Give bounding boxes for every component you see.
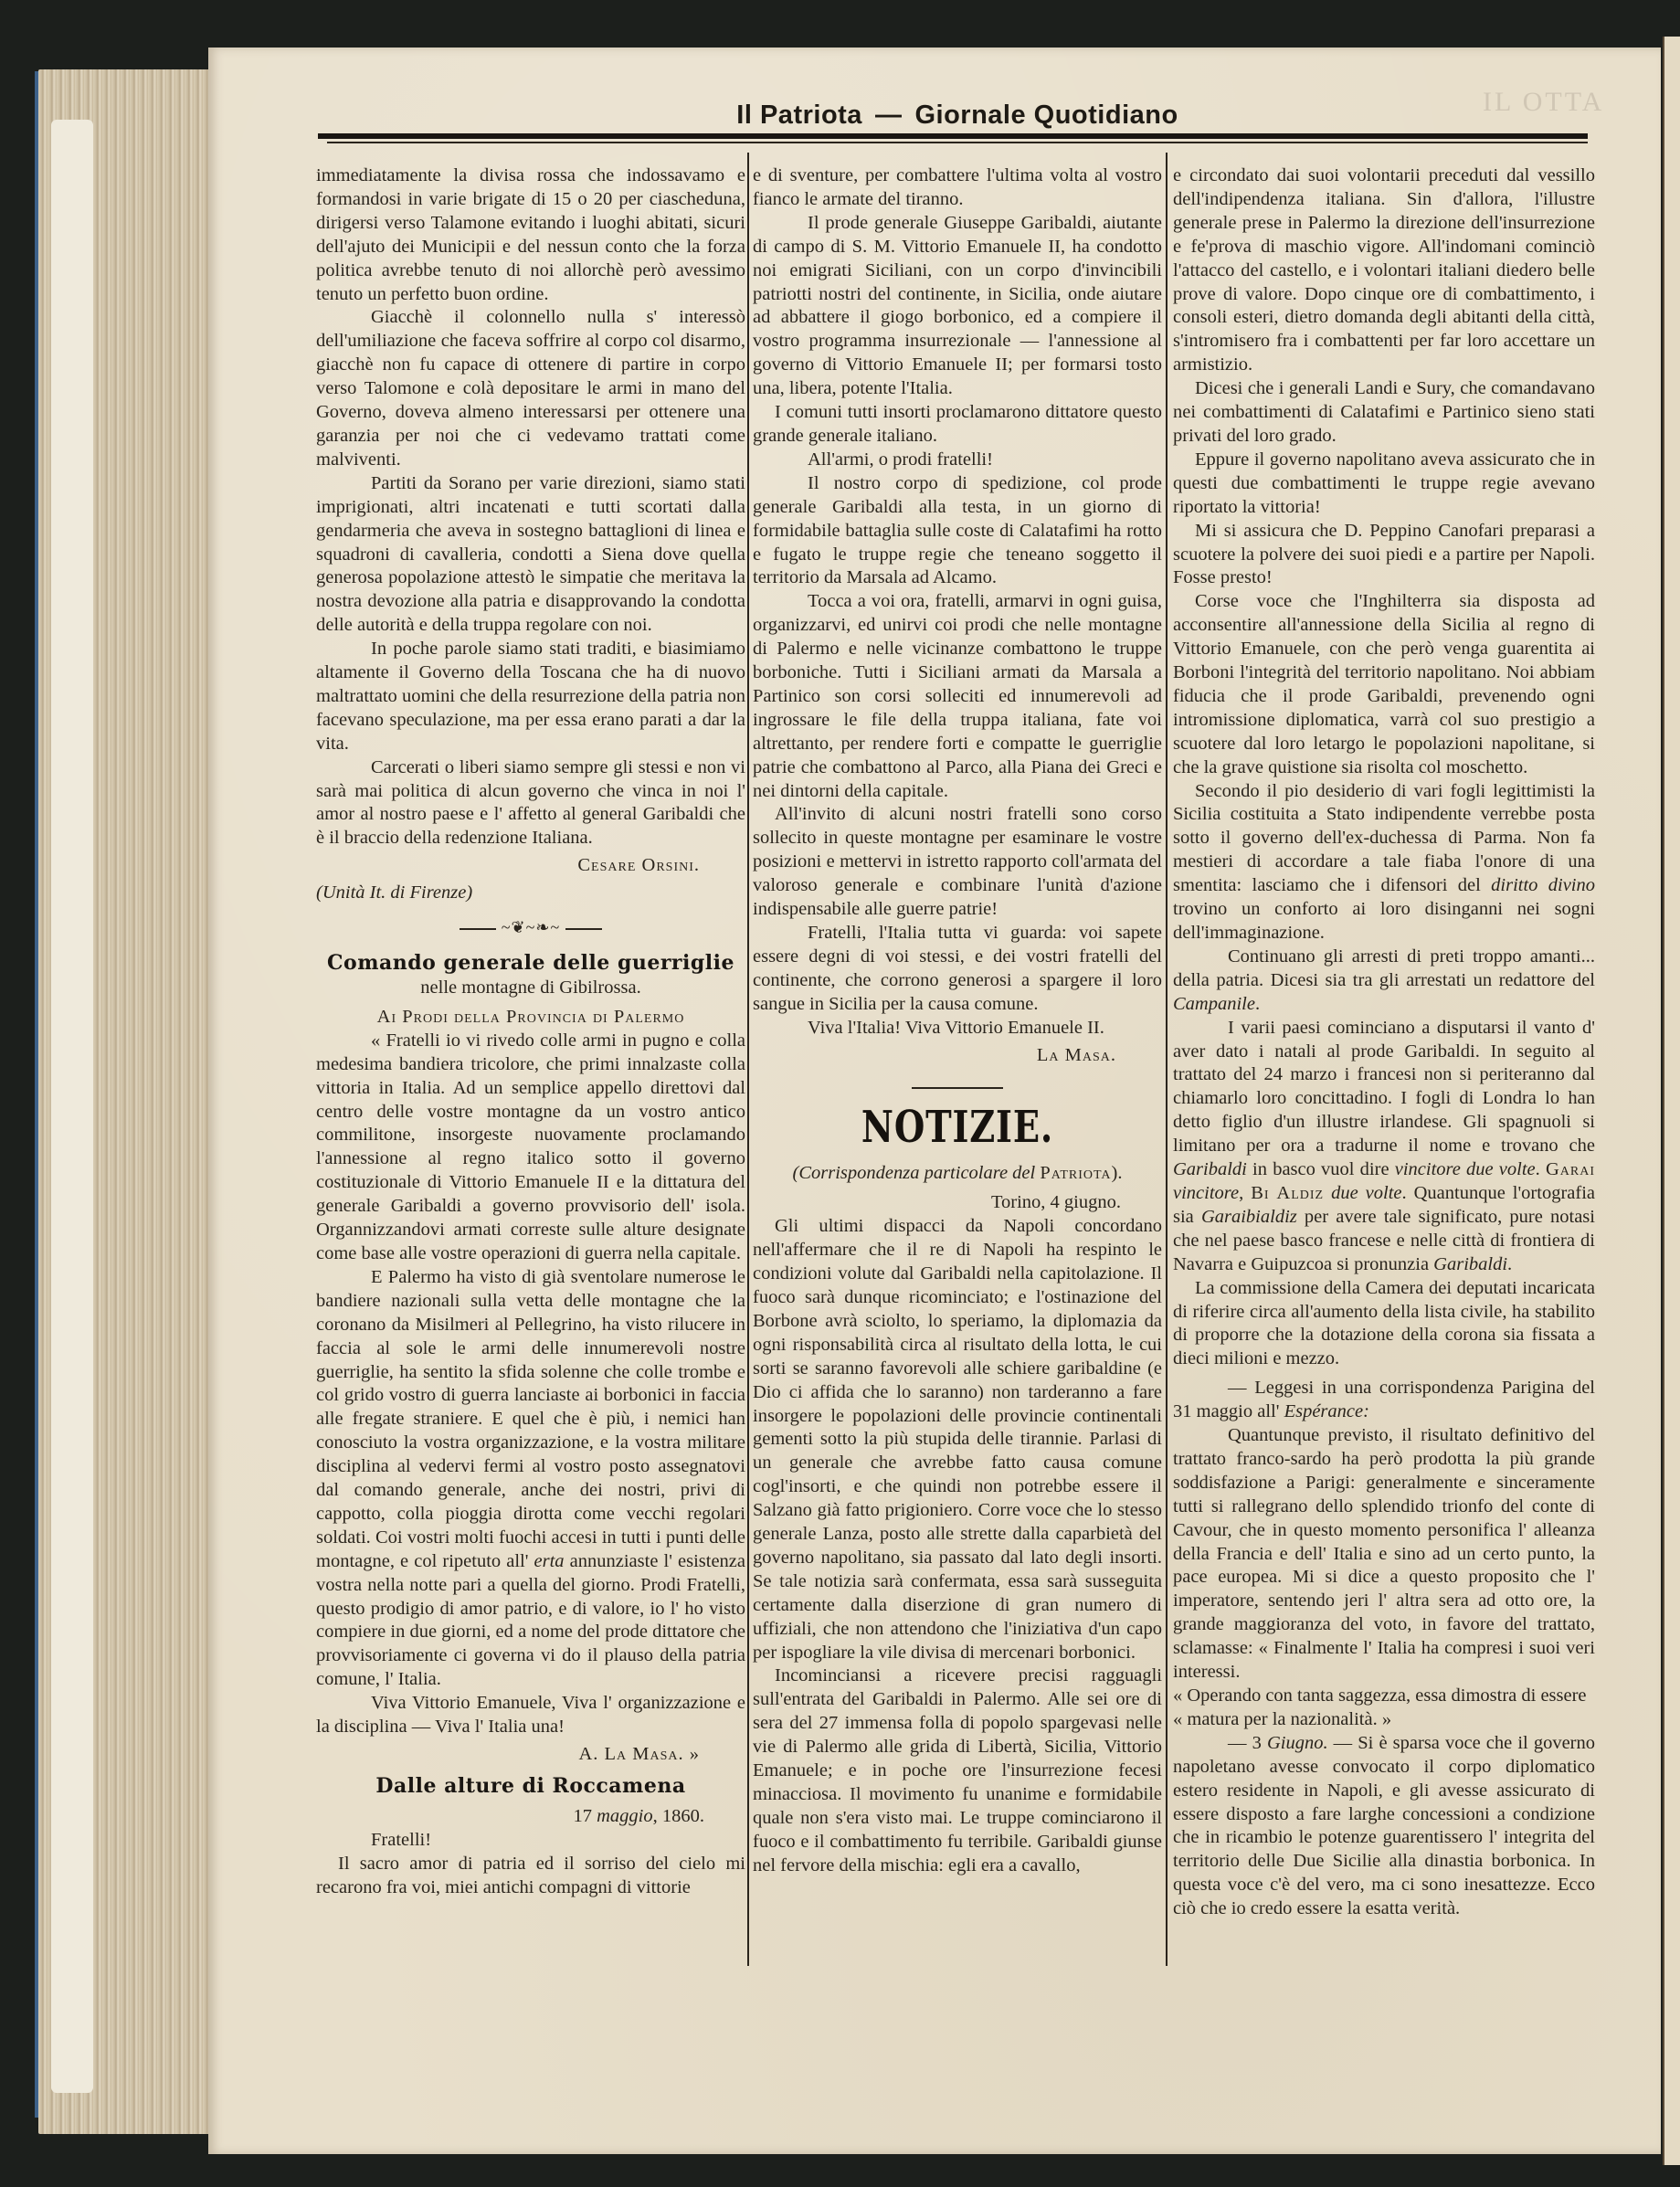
italic-run: Garaibialdiz [1201, 1207, 1297, 1227]
date-month: maggio [597, 1806, 653, 1826]
smallcaps-run: Garai [1546, 1159, 1595, 1179]
paragraph: — Leggesi in una corrispondenza Parigina… [1173, 1377, 1595, 1424]
column-divider [747, 153, 749, 1966]
headline-roccamena: Dalle alture di Roccamena [316, 1772, 745, 1800]
paragraph: Partiti da Sorano per varie direzioni, s… [316, 472, 745, 638]
smallcaps-run: Bi Aldiz [1251, 1183, 1324, 1203]
paragraph: — 3 Giugno. — Si è sparsa voce che il go… [1173, 1732, 1595, 1921]
source-citation: (Unità It. di Firenze) [316, 882, 745, 905]
ornament-divider: ~❦~❧~ [316, 916, 745, 940]
paragraph: Secondo il pio desiderio di vari fogli l… [1173, 780, 1595, 946]
paragraph: Eppure il governo napolitano aveva assic… [1173, 449, 1595, 520]
signature-cesare-orsini: Cesare Orsini. [316, 854, 745, 878]
paragraph: Viva Vittorio Emanuele, Viva l' organizz… [316, 1692, 745, 1739]
italic-run: Garibaldi [1173, 1159, 1247, 1179]
paragraph: Mi si assicura che D. Peppino Canofari p… [1173, 520, 1595, 591]
section-title-notizie: NOTIZIE. [794, 1100, 1121, 1155]
paragraph: Il sacro amor di patria ed il sorriso de… [316, 1853, 745, 1900]
italic-run: Campanile [1173, 994, 1255, 1014]
salutation: Fratelli! [316, 1829, 745, 1853]
newspaper-page: IL OTTA Il Patriota—Giornale Quotidiano … [208, 48, 1661, 2154]
column-2: e di sventure, per combattere l'ultima v… [753, 164, 1162, 1878]
signature-la-masa: A. La Masa. » [316, 1743, 745, 1767]
paragraph: Viva l'Italia! Viva Vittorio Emanuele II… [753, 1017, 1162, 1041]
dateline: 17 maggio, 1860. [316, 1805, 745, 1829]
paragraph: Quantunque previsto, il risultato defini… [1173, 1424, 1595, 1685]
ornament-glyph: ~❦~❧~ [502, 918, 560, 936]
paragraph: In poche parole siamo stati traditi, e b… [316, 638, 745, 756]
dateline: Torino, 4 giugno. [753, 1191, 1162, 1215]
italic-run: erta [534, 1551, 565, 1571]
date-year: , 1860. [653, 1806, 704, 1826]
text-run: . [1536, 1159, 1546, 1179]
text-run: I varii paesi cominciano a disputarsi il… [1173, 1018, 1595, 1157]
paragraph: All'invito di alcuni nostri fratelli son… [753, 803, 1162, 922]
masthead-subtitle: Giornale Quotidiano [914, 100, 1178, 130]
signature-la-masa: La Masa. [753, 1044, 1162, 1068]
paragraph: e circondato dai suoi volontarii precedu… [1173, 164, 1595, 377]
paragraph: Il nostro corpo di spedizione, col prode… [753, 472, 1162, 591]
paragraph: Tocca a voi ora, fratelli, armarvi in og… [753, 590, 1162, 803]
text-run: annunziaste l' esistenza vostra nella no… [316, 1551, 745, 1690]
italic-run: vincitore due volte [1395, 1159, 1536, 1179]
paragraph: Giacchè il colonnello nulla s' interessò… [316, 306, 745, 471]
italic-run: Espérance: [1284, 1401, 1369, 1421]
italic-run: Garibaldi [1433, 1254, 1507, 1274]
column-1: immediatamente la divisa rossa che indos… [316, 164, 745, 1900]
page-stack-edge [38, 69, 210, 2134]
paragraph: All'armi, o prodi fratelli! [753, 449, 1162, 472]
date-day: 17 [574, 1806, 597, 1826]
headline-subtitle: nelle montagne di Gibilrossa. [316, 977, 745, 1000]
masthead-title: Il Patriota [736, 100, 862, 130]
paragraph: Dicesi che i generali Landi e Sury, che … [1173, 377, 1595, 449]
paragraph: Continuano gli arresti di preti troppo a… [1173, 946, 1595, 1017]
ornament-bar [460, 928, 496, 930]
text-run: — 3 [1228, 1733, 1267, 1753]
text-run: — Leggesi in una corrispondenza Parigina… [1173, 1378, 1595, 1421]
headline-comando-generale: Comando generale delle guerriglie [316, 949, 745, 977]
quote-line: « matura per la nazionalità. » [1173, 1708, 1595, 1732]
text-run: . [1255, 994, 1260, 1014]
italic-run: due volte [1324, 1183, 1401, 1203]
byline-paper-name: Patriota [1040, 1163, 1111, 1183]
text-run: trovino un conforto ai loro disinganni n… [1173, 899, 1595, 943]
column-divider [1166, 153, 1168, 1966]
paragraph: Incominciansi a ricevere precisi ragguag… [753, 1664, 1162, 1877]
byline: (Corrispondenza particolare del Patriota… [753, 1162, 1162, 1186]
address-line: Ai Prodi della Provincia di Palermo [316, 1006, 745, 1030]
column-3: e circondato dai suoi volontarii precedu… [1173, 164, 1595, 1921]
byline-end: ). [1112, 1163, 1123, 1183]
paragraph: I comuni tutti insorti proclamarono ditt… [753, 401, 1162, 449]
masthead-rule-thick [318, 133, 1588, 139]
paragraph: Il prode generale Giuseppe Garibaldi, ai… [753, 212, 1162, 401]
text-run: , [1239, 1183, 1251, 1203]
italic-run: vincitore [1173, 1183, 1239, 1203]
text-run: . [1507, 1254, 1512, 1274]
paragraph: Corse voce che l'Inghilterra sia dispost… [1173, 590, 1595, 779]
quote-line: « Operando con tanta saggezza, essa dimo… [1173, 1685, 1595, 1708]
paragraph: I varii paesi cominciano a disputarsi il… [1173, 1017, 1595, 1277]
paragraph: « Fratelli io vi rivedo colle armi in pu… [316, 1030, 745, 1266]
paragraph: Carcerati o liberi siamo sempre gli stes… [316, 756, 745, 851]
paragraph: Gli ultimi dispacci da Napoli concordano… [753, 1215, 1162, 1664]
masthead-separator: — [875, 100, 903, 130]
paragraph: E Palermo ha visto di già sventolare num… [316, 1266, 745, 1692]
masthead-rule-thin [327, 142, 1588, 143]
ornament-bar [565, 928, 602, 930]
byline-italic: (Corrispondenza particolare del [793, 1163, 1041, 1183]
text-run: in basco vuol dire [1247, 1159, 1395, 1179]
paragraph: La commissione della Camera dei deputati… [1173, 1277, 1595, 1372]
text-run: — Si è sparsa voce che il governo napole… [1173, 1733, 1595, 1918]
italic-run: diritto divino [1491, 875, 1595, 895]
masthead: Il Patriota—Giornale Quotidiano [318, 100, 1597, 131]
paragraph: e di sventure, per combattere l'ultima v… [753, 164, 1162, 212]
paragraph: Fratelli, l'Italia tutta vi guarda: voi … [753, 922, 1162, 1017]
italic-run: Giugno. [1267, 1733, 1328, 1753]
next-page-edge [1663, 37, 1680, 2165]
paragraph: immediatamente la divisa rossa che indos… [316, 164, 745, 306]
text-run: E Palermo ha visto di già sventolare num… [316, 1267, 745, 1571]
text-run: Continuano gli arresti di preti troppo a… [1173, 946, 1595, 990]
section-rule [912, 1087, 1003, 1089]
